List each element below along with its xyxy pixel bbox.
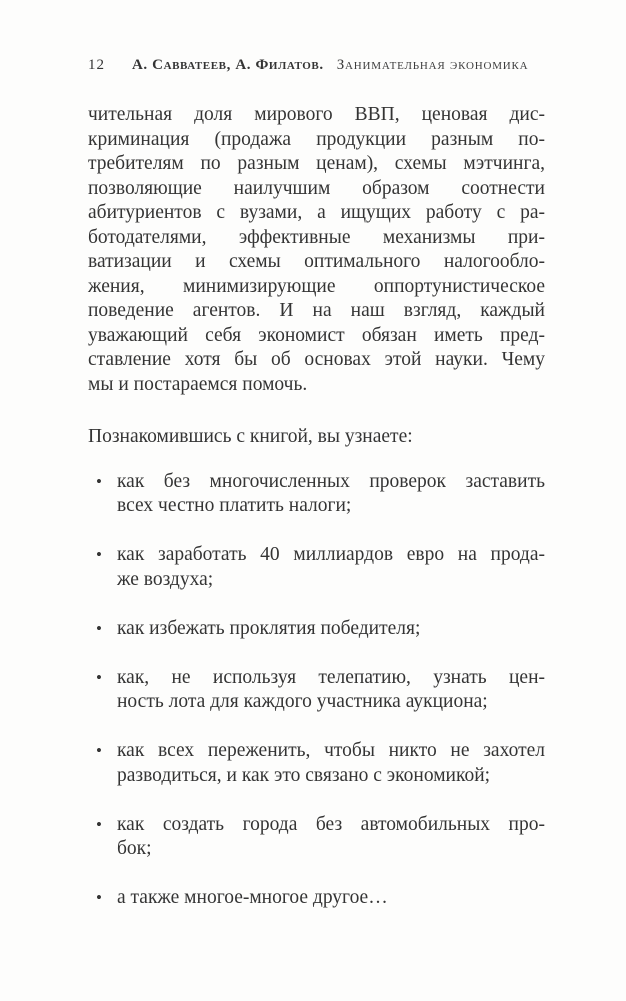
bullet-icon: • (96, 739, 102, 764)
text-line: чительная доля мирового ВВП, ценовая дис… (88, 103, 545, 128)
text-line: разводиться, и как это связано с экономи… (117, 764, 545, 789)
text-line: ботодателями, эффективные механизмы при- (88, 226, 545, 251)
bullet-item: •а также многое-многое другое… (88, 886, 545, 911)
bullet-item: •как создать города без автомобильных пр… (88, 813, 545, 862)
text-line: абитуриентов с вузами, а ищущих работу с… (88, 201, 545, 226)
text-line: поведение агентов. И на наш взгляд, кажд… (88, 299, 545, 324)
text-line: ватизации и схемы оптимального налогообл… (88, 250, 545, 275)
bullet-icon: • (96, 813, 102, 838)
bullet-item-text: как всех переженить, чтобы никто не захо… (117, 739, 545, 788)
text-line: как, не используя телепатию, узнать цен- (117, 666, 545, 691)
text-line: уважающий себя экономист обязан иметь пр… (88, 324, 545, 349)
bullet-item-text: как избежать проклятия победителя; (117, 617, 545, 642)
text-line: а также многое-многое другое… (117, 886, 545, 911)
bullet-icon: • (96, 543, 102, 568)
bullet-item-text: а также многое-многое другое… (117, 886, 545, 911)
text-line: ность лота для каждого участника аукцион… (117, 690, 545, 715)
bullet-icon: • (96, 666, 102, 691)
running-header: 12 А. Савватеев, А. Филатов. Занимательн… (88, 56, 545, 75)
bullet-item: •как всех переженить, чтобы никто не зах… (88, 739, 545, 788)
text-line: мы и постараемся помочь. (88, 373, 545, 398)
bullet-item-text: как без многочисленных проверок заставит… (117, 470, 545, 519)
bullet-item: •как, не используя телепатию, узнать цен… (88, 666, 545, 715)
text-line: как избежать проклятия победителя; (117, 617, 545, 642)
bullet-icon: • (96, 886, 102, 911)
header-book-title: Занимательная экономика (337, 56, 529, 75)
text-column: 12 А. Савватеев, А. Филатов. Занимательн… (88, 0, 545, 911)
text-line: позволяющие наилучшим образом соотнести (88, 177, 545, 202)
book-page: 12 А. Савватеев, А. Филатов. Занимательн… (0, 0, 626, 1001)
paragraph: чительная доля мирового ВВП, ценовая дис… (88, 103, 545, 397)
text-line: всех честно платить налоги; (117, 494, 545, 519)
bullet-icon: • (96, 470, 102, 495)
text-line: жения, минимизирующие оппортунистическое (88, 275, 545, 300)
text-line: как заработать 40 миллиардов евро на про… (117, 543, 545, 568)
page-number: 12 (88, 56, 105, 75)
bullet-icon: • (96, 617, 102, 642)
text-line: требителям по разным ценам), схемы мэтчи… (88, 152, 545, 177)
bullet-item: •как без многочисленных проверок застави… (88, 470, 545, 519)
bullet-item: •как заработать 40 миллиардов евро на пр… (88, 543, 545, 592)
text-line: как создать города без автомобильных про… (117, 813, 545, 838)
bullet-item: •как избежать проклятия победителя; (88, 617, 545, 642)
bullet-list: •как без многочисленных проверок застави… (88, 470, 545, 911)
header-authors: А. Савватеев, А. Филатов. (132, 56, 324, 75)
text-line: как всех переженить, чтобы никто не захо… (117, 739, 545, 764)
text-line: как без многочисленных проверок заставит… (117, 470, 545, 495)
text-line: криминация (продажа продукции разным по- (88, 128, 545, 153)
bullet-item-text: как, не используя телепатию, узнать цен-… (117, 666, 545, 715)
bullet-item-text: как заработать 40 миллиардов евро на про… (117, 543, 545, 592)
text-line: же воздуха; (117, 568, 545, 593)
intro-line: Познакомившись с книгой, вы узнаете: (88, 425, 545, 450)
bullet-item-text: как создать города без автомобильных про… (117, 813, 545, 862)
text-line: ставление хотя бы об основах этой науки.… (88, 348, 545, 373)
text-line: бок; (117, 837, 545, 862)
